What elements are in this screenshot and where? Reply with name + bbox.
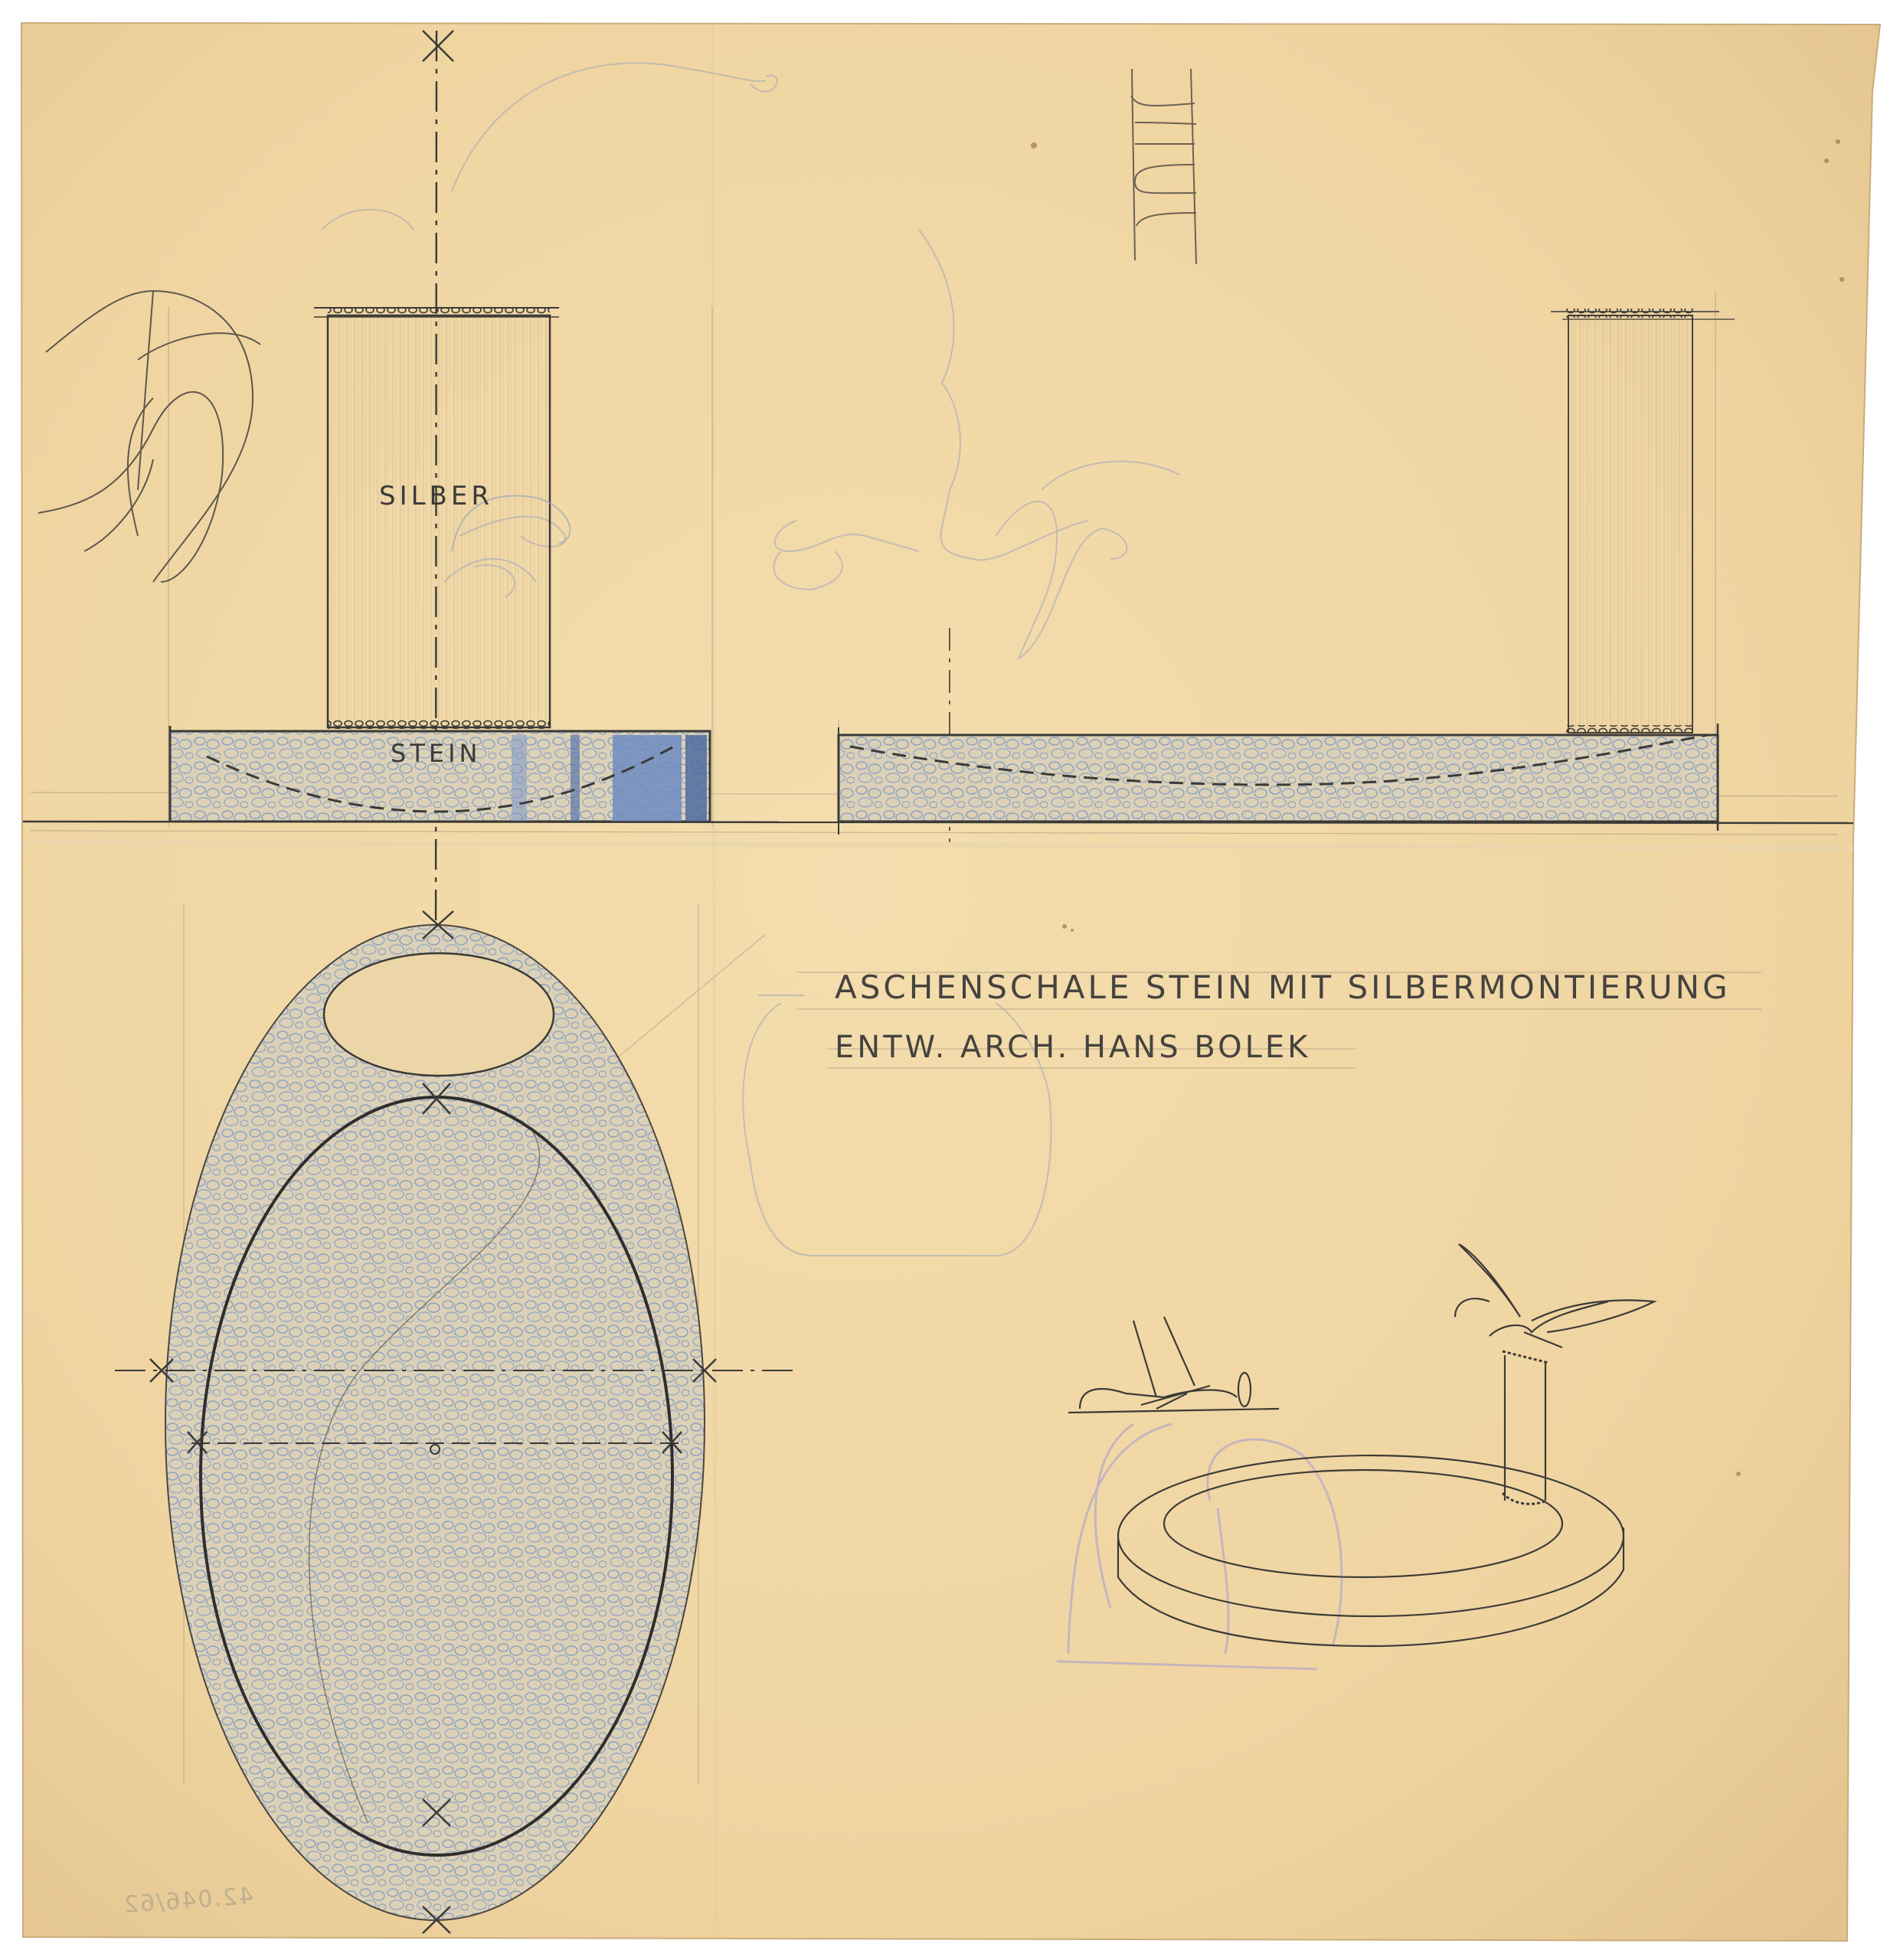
title-block: ASCHENSCHALE STEIN MIT SILBERMONTIERUNG … [835, 966, 1754, 1069]
designer-credit: ENTW. ARCH. HANS BOLEK [835, 1026, 1754, 1069]
label-silver: SILBER [379, 481, 493, 511]
label-stone: STEIN [391, 739, 481, 768]
drawing-title: ASCHENSCHALE STEIN MIT SILBERMONTIERUNG [835, 966, 1754, 1009]
